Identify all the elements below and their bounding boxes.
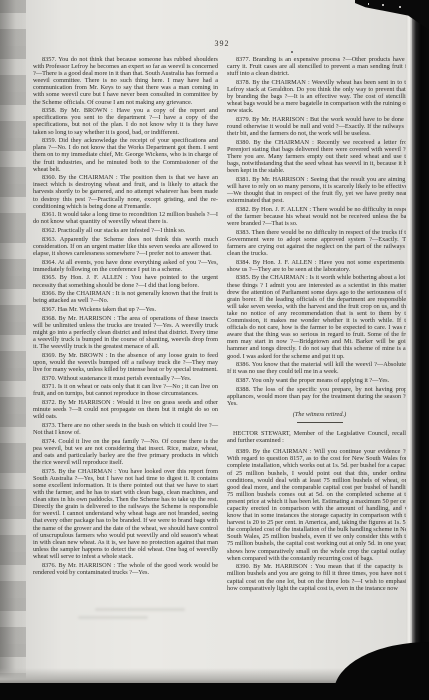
show-through-mark <box>95 608 185 611</box>
ink-speck <box>291 51 293 53</box>
qa-paragraph: 8390. By Mr. HARRISON : You mean that if… <box>227 563 412 591</box>
text-column-left: 8357. You do not think that because some… <box>33 56 218 593</box>
witness-heading: HECTOR STEWART, Member of the Legislativ… <box>227 430 412 444</box>
qa-paragraph: 8377. Branding is an expensive process ?… <box>227 56 412 77</box>
qa-paragraph: 8370. Without sustenance it must perish … <box>33 375 218 382</box>
qa-paragraph: 8380. By the CHAIRMAN : Recently we rece… <box>227 139 412 174</box>
witness-retired-note: (The witness retired.) <box>227 411 412 418</box>
qa-paragraph: 8367. Has Mr. Wickens taken that up ?—Ye… <box>33 306 218 313</box>
section-divider-rule <box>297 422 343 423</box>
qa-paragraph: 8361. It would take a long time to recon… <box>33 211 218 225</box>
qa-paragraph: 8385. By the CHAIRMAN : Is it worth whil… <box>227 274 412 359</box>
qa-paragraph: 8376. By Mr. HARRISON : The whole of the… <box>33 562 218 576</box>
qa-paragraph: 8374. Could it live on the pea family ?—… <box>33 438 218 466</box>
qa-paragraph: 8363. Apparently the Scheme does not thi… <box>33 236 218 257</box>
qa-paragraph: 8360. By the CHAIRMAN : The position the… <box>33 174 218 209</box>
qa-paragraph: 8379. By Mr. HARRISON : But the work wou… <box>227 116 412 137</box>
qa-paragraph: 8382. By Hon. J. F. ALLEN : There would … <box>227 206 412 227</box>
text-block: 8357. You do not think that because some… <box>33 56 412 593</box>
qa-paragraph: 8383. Then there would be no difficulty … <box>227 229 412 257</box>
qa-paragraph: 8387. You only want the proper means of … <box>227 377 412 384</box>
photo-right-black-margin <box>412 0 429 700</box>
qa-paragraph: 8375. By the CHAIRMAN : You have looked … <box>33 468 218 560</box>
qa-paragraph: 8369. By Mr. BROWN : In the absence of a… <box>33 352 218 373</box>
qa-paragraph: 8373. There are no other seeds in the bu… <box>33 422 218 436</box>
qa-paragraph: 8381. By Mr. HARRISON : Seeing that the … <box>227 176 412 204</box>
qa-paragraph: 8389. By the CHAIRMAN : Will you continu… <box>227 448 412 562</box>
text-column-right: 8377. Branding is an expensive process ?… <box>227 56 412 593</box>
qa-paragraph: 8358. By Mr. BROWN : Have you a copy of … <box>33 107 218 135</box>
qa-paragraph: 8388. The loss of the specific you prepa… <box>227 386 412 407</box>
show-through-mark <box>78 616 148 619</box>
dust-speck <box>382 4 384 6</box>
qa-paragraph: 8365. By Hon. J. F. ALLEN : You have poi… <box>33 274 218 288</box>
page-number: 392 <box>33 39 411 48</box>
dust-speck <box>368 3 370 5</box>
book-gutter-shadow <box>0 0 26 700</box>
qa-paragraph: 8359. Did they acknowledge the receipt o… <box>33 137 218 172</box>
qa-paragraph: 8386. You know that the material will ki… <box>227 361 412 375</box>
qa-paragraph: 8371. Is it on wheat or oats only that i… <box>33 383 218 397</box>
qa-paragraph: 8372. By Mr HARRISON : Would it live on … <box>33 399 218 420</box>
qa-paragraph: 8384. By Hon. J. F. ALLEN : Have you not… <box>227 259 412 273</box>
scanned-page-photo: 392 8357. You do not think that because … <box>0 0 429 700</box>
qa-paragraph: 8362. Practically all our stacks are inf… <box>33 227 218 234</box>
qa-paragraph: 8378. By the CHAIRMAN : Weevilly wheat h… <box>227 79 412 114</box>
dust-speck <box>399 6 401 8</box>
qa-paragraph: 8366. By the CHAIRMAN : It is not genera… <box>33 290 218 304</box>
qa-paragraph: 8364. At all events, you have done every… <box>33 259 218 273</box>
qa-paragraph: 8357. You do not think that because some… <box>33 56 218 106</box>
qa-paragraph: 8368. By Mr. HARRISON : The area of oper… <box>33 315 218 350</box>
photo-bottom-black-margin <box>0 683 429 700</box>
